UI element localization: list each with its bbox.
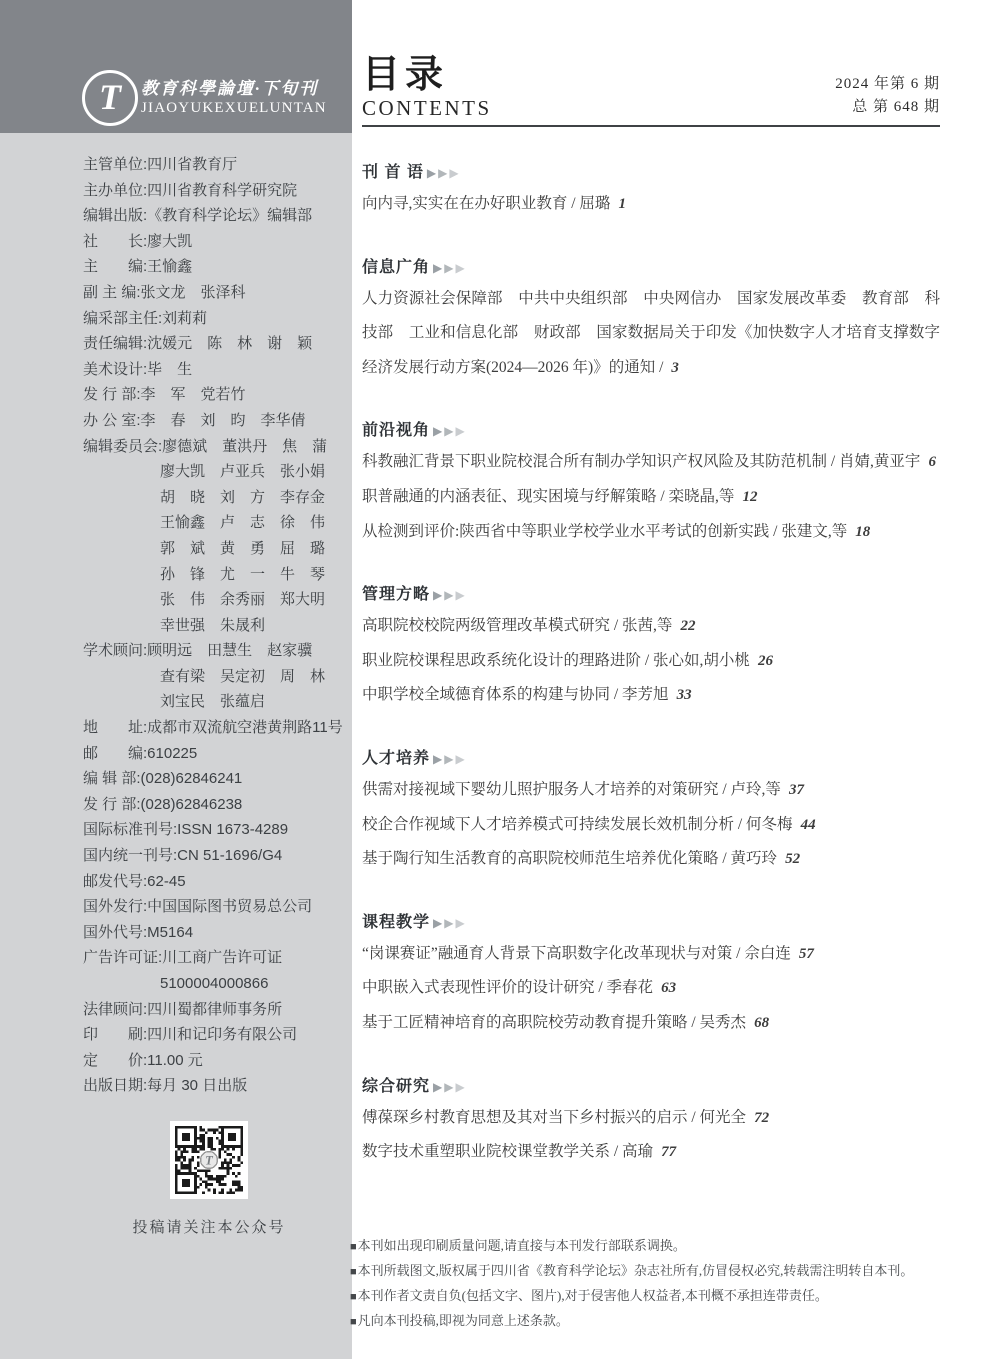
article-page: 6 bbox=[928, 454, 936, 470]
article-list: “岗课赛证”融通育人背景下高职数字化改革现状与对策 / 佘白连57 中职嵌入式表… bbox=[362, 937, 940, 1041]
legal-note-line: ■本刊作者文责自负(包括文字、图片),对于侵害他人权益者,本刊概不承担连带责任。 bbox=[350, 1284, 956, 1309]
toc-article: 职普融通的内涵表征、现实困境与纾解策略 / 栾晓晶,等12 bbox=[362, 480, 940, 515]
journal-name-cn: 教育科學論壇·下旬刊 bbox=[141, 79, 327, 99]
masthead-value: 四川和记印务有限公司 bbox=[147, 1026, 297, 1043]
toc-article: 中职嵌入式表现性评价的设计研究 / 季春花63 bbox=[362, 971, 940, 1006]
article-page: 26 bbox=[758, 653, 773, 669]
toc-title-cn: 目录 bbox=[362, 55, 492, 95]
masthead-row: 邮 编:610225 bbox=[83, 741, 352, 767]
issue-info: 2024 年第 6 期 总 第 648 期 bbox=[835, 73, 940, 121]
masthead-label: 发 行 部: bbox=[83, 796, 141, 813]
masthead-label: 办 公 室: bbox=[83, 412, 141, 429]
masthead-label: 学术顾问: bbox=[83, 642, 147, 659]
toc-article: 从检测到评价:陕西省中等职业学校学业水平考试的创新实践 / 张建文,等18 bbox=[362, 515, 940, 550]
article-page: 18 bbox=[855, 524, 870, 540]
masthead-row: 国外代号:M5164 bbox=[83, 920, 352, 946]
masthead-row: 编辑出版:《教育科学论坛》编辑部 bbox=[83, 203, 352, 229]
qr-code: T bbox=[175, 1126, 243, 1194]
triangle-arrows-icon: ▶▶▶ bbox=[433, 589, 467, 601]
masthead-value: 张 伟 余秀丽 郑大明 bbox=[160, 591, 325, 608]
toc-article: 职业院校课程思政系统化设计的理路进阶 / 张心如,胡小桃26 bbox=[362, 644, 940, 679]
masthead-value: 中国国际图书贸易总公司 bbox=[147, 898, 312, 915]
masthead-label: 责任编辑: bbox=[83, 335, 147, 352]
toc-section-kechengjiaoxue: 课程教学 ▶▶▶ “岗课赛证”融通育人背景下高职数字化改革现状与对策 / 佘白连… bbox=[362, 913, 940, 1041]
article-page: 77 bbox=[661, 1144, 676, 1160]
masthead-value: 四川省教育科学研究院 bbox=[147, 182, 297, 199]
masthead-row: 廖大凯 卢亚兵 张小娟 bbox=[83, 459, 352, 485]
masthead-row: 5100004000866 bbox=[83, 971, 352, 997]
masthead-label: 国外发行: bbox=[83, 898, 147, 915]
article-text: 人力资源社会保障部 中共中央组织部 中央网信办 国家发展改革委 教育部 科技部 … bbox=[362, 290, 940, 376]
square-bullet-icon: ■ bbox=[350, 1316, 357, 1328]
masthead-value: 廖大凯 卢亚兵 张小娟 bbox=[160, 463, 325, 480]
masthead-value: 王愉鑫 卢 志 徐 伟 bbox=[160, 514, 325, 531]
masthead-value: 廖德斌 董洪丹 焦 蒲 bbox=[162, 438, 327, 455]
triangle-arrows-icon: ▶▶▶ bbox=[433, 262, 467, 274]
square-bullet-icon: ■ bbox=[350, 1266, 357, 1278]
article-page: 57 bbox=[799, 946, 814, 962]
square-bullet-icon: ■ bbox=[350, 1291, 357, 1303]
toc-section-zonghyanjiu: 综合研究 ▶▶▶ 傅葆琛乡村教育思想及其对当下乡村振兴的启示 / 何光全72 数… bbox=[362, 1077, 940, 1170]
article-text: 供需对接视域下婴幼儿照护服务人才培养的对策研究 / 卢玲,等 bbox=[362, 781, 781, 798]
masthead-row: 国内统一刊号:CN 51-1696/G4 bbox=[83, 843, 352, 869]
masthead-row: 发 行 部:李 军 党若竹 bbox=[83, 382, 352, 408]
masthead-row: 张 伟 余秀丽 郑大明 bbox=[83, 587, 352, 613]
toc-article: 向内寻,实实在在办好职业教育 / 屈璐1 bbox=[362, 187, 940, 222]
article-text: 中职学校全域德育体系的构建与协同 / 李芳旭 bbox=[362, 686, 669, 703]
masthead-row: 印 刷:四川和记印务有限公司 bbox=[83, 1022, 352, 1048]
masthead-value: 川工商广告许可证 bbox=[162, 949, 282, 966]
toc-section-kanshouyu: 刊 首 语 ▶▶▶ 向内寻,实实在在办好职业教育 / 屈璐1 bbox=[362, 163, 940, 222]
masthead-row: 责任编辑:沈媛元 陈 林 谢 颖 bbox=[83, 331, 352, 357]
masthead-row: 编辑委员会:廖德斌 董洪丹 焦 蒲 bbox=[83, 434, 352, 460]
section-title: 刊 首 语 ▶▶▶ bbox=[362, 163, 940, 183]
masthead-row: 主办单位:四川省教育科学研究院 bbox=[83, 178, 352, 204]
article-page: 1 bbox=[618, 196, 626, 212]
journal-toc-page: { "logo": { "glyph": "T", "name_cn": "教育… bbox=[0, 0, 1000, 1367]
toc-content: 目录 CONTENTS 2024 年第 6 期 总 第 648 期 刊 首 语 … bbox=[362, 55, 940, 1170]
masthead-row: 广告许可证:川工商广告许可证 bbox=[83, 945, 352, 971]
masthead-label: 编辑委员会: bbox=[83, 438, 162, 455]
note-text: 本刊作者文责自负(包括文字、图片),对于侵害他人权益者,本刊概不承担连带责任。 bbox=[358, 1288, 828, 1303]
masthead-value: 610225 bbox=[147, 745, 197, 762]
article-page: 3 bbox=[671, 360, 679, 376]
article-text: 科教融汇背景下职业院校混合所有制办学知识产权风险及其防范机制 / 肖婧,黄亚宇 bbox=[362, 453, 920, 470]
masthead-value: (028)62846241 bbox=[141, 770, 243, 787]
section-title: 信息广角 ▶▶▶ bbox=[362, 258, 940, 278]
article-page: 68 bbox=[754, 1015, 769, 1031]
masthead-row: 幸世强 朱晟利 bbox=[83, 613, 352, 639]
legal-note-line: ■本刊如出现印刷质量问题,请直接与本刊发行部联系调换。 bbox=[350, 1234, 956, 1259]
masthead-row: 主管单位:四川省教育厅 bbox=[83, 152, 352, 178]
masthead-value: 幸世强 朱晟利 bbox=[160, 617, 265, 634]
masthead-value: 胡 晓 刘 方 李存金 bbox=[160, 489, 325, 506]
masthead-label: 印 刷: bbox=[83, 1026, 147, 1043]
toc-header: 目录 CONTENTS 2024 年第 6 期 总 第 648 期 bbox=[362, 55, 940, 127]
masthead-row: 地 址:成都市双流航空港黄荆路11号 bbox=[83, 715, 352, 741]
masthead-label: 出版日期: bbox=[83, 1077, 147, 1094]
masthead-row: 定 价:11.00 元 bbox=[83, 1048, 352, 1074]
masthead-label: 编辑出版: bbox=[83, 207, 147, 224]
masthead-row: 胡 晓 刘 方 李存金 bbox=[83, 485, 352, 511]
masthead-row: 国际标准刊号:ISSN 1673-4289 bbox=[83, 817, 352, 843]
masthead-label: 地 址: bbox=[83, 719, 147, 736]
masthead-label: 邮发代号: bbox=[83, 873, 147, 890]
masthead-value: CN 51-1696/G4 bbox=[177, 847, 282, 864]
masthead-label: 广告许可证: bbox=[83, 949, 162, 966]
article-page: 37 bbox=[789, 782, 804, 798]
toc-article: 人力资源社会保障部 中共中央组织部 中央网信办 国家发展改革委 教育部 科技部 … bbox=[362, 282, 940, 386]
article-text: 校企合作视域下人才培养模式可持续发展长效机制分析 / 何冬梅 bbox=[362, 816, 793, 833]
article-list: 人力资源社会保障部 中共中央组织部 中央网信办 国家发展改革委 教育部 科技部 … bbox=[362, 282, 940, 386]
toc-article: “岗课赛证”融通育人背景下高职数字化改革现状与对策 / 佘白连57 bbox=[362, 937, 940, 972]
masthead-value: 查有梁 吴定初 周 林 bbox=[160, 668, 325, 685]
journal-name-pinyin: JIAOYUKEXUELUNTAN bbox=[141, 99, 327, 117]
triangle-arrows-icon: ▶▶▶ bbox=[433, 753, 467, 765]
section-title: 前沿视角 ▶▶▶ bbox=[362, 421, 940, 441]
masthead-label: 主管单位: bbox=[83, 156, 147, 173]
toc-article: 基于陶行知生活教育的高职院校师范生培养优化策略 / 黄巧玲52 bbox=[362, 842, 940, 877]
legal-note-line: ■凡向本刊投稿,即视为同意上述条款。 bbox=[350, 1309, 956, 1334]
toc-article: 中职学校全域德育体系的构建与协同 / 李芳旭33 bbox=[362, 678, 940, 713]
article-page: 33 bbox=[677, 687, 692, 703]
toc-article: 高职院校校院两级管理改革模式研究 / 张茜,等22 bbox=[362, 609, 940, 644]
masthead-value: 孙 锋 尤 一 牛 琴 bbox=[160, 566, 325, 583]
issue-line1: 2024 年第 6 期 bbox=[835, 73, 940, 96]
triangle-arrows-icon: ▶▶▶ bbox=[433, 917, 467, 929]
masthead-label: 国际标准刊号: bbox=[83, 821, 177, 838]
triangle-arrows-icon: ▶▶▶ bbox=[433, 425, 467, 437]
masthead-row: 主 编:王愉鑫 bbox=[83, 254, 352, 280]
article-page: 22 bbox=[680, 618, 695, 634]
issue-line2: 总 第 648 期 bbox=[835, 96, 940, 119]
masthead-label: 主 编: bbox=[83, 258, 147, 275]
article-list: 供需对接视域下婴幼儿照护服务人才培养的对策研究 / 卢玲,等37 校企合作视域下… bbox=[362, 773, 940, 877]
section-title: 综合研究 ▶▶▶ bbox=[362, 1077, 940, 1097]
masthead-value: 顾明远 田慧生 赵家骥 bbox=[147, 642, 312, 659]
article-text: 基于工匠精神培育的高职院校劳动教育提升策略 / 吴秀杰 bbox=[362, 1014, 746, 1031]
journal-logo: T 教育科學論壇·下旬刊 JIAOYUKEXUELUNTAN bbox=[82, 70, 327, 126]
article-page: 44 bbox=[801, 817, 816, 833]
qr-frame: T bbox=[170, 1121, 248, 1199]
toc-section-qianyanshijiao: 前沿视角 ▶▶▶ 科教融汇背景下职业院校混合所有制办学知识产权风险及其防范机制 … bbox=[362, 421, 940, 549]
note-text: 本刊所载图文,版权属于四川省《教育科学论坛》杂志社所有,仿冒侵权必究,转载需注明… bbox=[358, 1263, 914, 1278]
masthead-row: 发 行 部:(028)62846238 bbox=[83, 792, 352, 818]
triangle-arrows-icon: ▶▶▶ bbox=[427, 167, 461, 179]
masthead-row: 学术顾问:顾明远 田慧生 赵家骥 bbox=[83, 638, 352, 664]
article-page: 12 bbox=[742, 489, 757, 505]
article-list: 科教融汇背景下职业院校混合所有制办学知识产权风险及其防范机制 / 肖婧,黄亚宇6… bbox=[362, 445, 940, 549]
masthead-value: ISSN 1673-4289 bbox=[177, 821, 288, 838]
masthead-label: 法律顾问: bbox=[83, 1001, 147, 1018]
article-text: 从检测到评价:陕西省中等职业学校学业水平考试的创新实践 / 张建文,等 bbox=[362, 523, 847, 540]
article-text: 向内寻,实实在在办好职业教育 / 屈璐 bbox=[362, 195, 610, 212]
masthead-value: 王愉鑫 bbox=[147, 258, 192, 275]
masthead-value: 毕 生 bbox=[147, 361, 192, 378]
masthead-row: 美术设计:毕 生 bbox=[83, 357, 352, 383]
article-list: 高职院校校院两级管理改革模式研究 / 张茜,等22 职业院校课程思政系统化设计的… bbox=[362, 609, 940, 713]
masthead-label: 邮 编: bbox=[83, 745, 147, 762]
masthead-label: 副 主 编: bbox=[83, 284, 141, 301]
masthead-row: 副 主 编:张文龙 张泽科 bbox=[83, 280, 352, 306]
masthead-label: 社 长: bbox=[83, 233, 147, 250]
toc-section-rencaipeiyang: 人才培养 ▶▶▶ 供需对接视域下婴幼儿照护服务人才培养的对策研究 / 卢玲,等3… bbox=[362, 749, 940, 877]
square-bullet-icon: ■ bbox=[350, 1241, 357, 1253]
article-page: 63 bbox=[661, 980, 676, 996]
masthead-label: 国外代号: bbox=[83, 924, 147, 941]
section-title: 课程教学 ▶▶▶ bbox=[362, 913, 940, 933]
masthead-label: 发 行 部: bbox=[83, 386, 141, 403]
legal-note-line: ■本刊所载图文,版权属于四川省《教育科学论坛》杂志社所有,仿冒侵权必究,转载需注… bbox=[350, 1259, 956, 1284]
toc-article: 基于工匠精神培育的高职院校劳动教育提升策略 / 吴秀杰68 bbox=[362, 1006, 940, 1041]
section-title: 管理方略 ▶▶▶ bbox=[362, 585, 940, 605]
masthead-value: 11.00 元 bbox=[147, 1052, 203, 1069]
article-text: “岗课赛证”融通育人背景下高职数字化改革现状与对策 / 佘白连 bbox=[362, 945, 791, 962]
masthead-row: 刘宝民 张蕴启 bbox=[83, 689, 352, 715]
masthead-label: 国内统一刊号: bbox=[83, 847, 177, 864]
masthead-row: 查有梁 吴定初 周 林 bbox=[83, 664, 352, 690]
masthead-value: 5100004000866 bbox=[160, 975, 268, 992]
article-text: 高职院校校院两级管理改革模式研究 / 张茜,等 bbox=[362, 617, 672, 634]
masthead-row: 孙 锋 尤 一 牛 琴 bbox=[83, 562, 352, 588]
masthead-value: 李 军 党若竹 bbox=[141, 386, 246, 403]
toc-section-xinxiguangjiao: 信息广角 ▶▶▶ 人力资源社会保障部 中共中央组织部 中央网信办 国家发展改革委… bbox=[362, 258, 940, 386]
note-text: 本刊如出现印刷质量问题,请直接与本刊发行部联系调换。 bbox=[358, 1238, 686, 1253]
masthead-label: 主办单位: bbox=[83, 182, 147, 199]
article-list: 向内寻,实实在在办好职业教育 / 屈璐1 bbox=[362, 187, 940, 222]
toc-article: 供需对接视域下婴幼儿照护服务人才培养的对策研究 / 卢玲,等37 bbox=[362, 773, 940, 808]
masthead-row: 郭 斌 黄 勇 屈 璐 bbox=[83, 536, 352, 562]
article-text: 傅葆琛乡村教育思想及其对当下乡村振兴的启示 / 何光全 bbox=[362, 1109, 746, 1126]
masthead-row: 社 长:廖大凯 bbox=[83, 229, 352, 255]
qr-block: T 投稿请关注本公众号 bbox=[33, 1121, 385, 1237]
toc-title-en: CONTENTS bbox=[362, 95, 492, 121]
masthead-value: 廖大凯 bbox=[147, 233, 192, 250]
article-text: 基于陶行知生活教育的高职院校师范生培养优化策略 / 黄巧玲 bbox=[362, 850, 777, 867]
masthead-value: 沈媛元 陈 林 谢 颖 bbox=[147, 335, 312, 352]
masthead-label: 编采部主任: bbox=[83, 310, 162, 327]
masthead-value: (028)62846238 bbox=[141, 796, 243, 813]
masthead-label: 编 辑 部: bbox=[83, 770, 141, 787]
article-text: 中职嵌入式表现性评价的设计研究 / 季春花 bbox=[362, 979, 653, 996]
article-page: 72 bbox=[754, 1110, 769, 1126]
masthead-value: 四川省教育厅 bbox=[147, 156, 237, 173]
qr-caption: 投稿请关注本公众号 bbox=[33, 1216, 385, 1237]
masthead-row: 编采部主任:刘莉莉 bbox=[83, 306, 352, 332]
article-text: 职业院校课程思政系统化设计的理路进阶 / 张心如,胡小桃 bbox=[362, 652, 750, 669]
masthead-row: 邮发代号:62-45 bbox=[83, 869, 352, 895]
article-text: 数字技术重塑职业院校课堂教学关系 / 高瑜 bbox=[362, 1143, 653, 1160]
masthead-row: 王愉鑫 卢 志 徐 伟 bbox=[83, 510, 352, 536]
masthead-value: 四川蜀都律师事务所 bbox=[147, 1001, 282, 1018]
toc-section-guanlifanglue: 管理方略 ▶▶▶ 高职院校校院两级管理改革模式研究 / 张茜,等22 职业院校课… bbox=[362, 585, 940, 713]
masthead-value: 刘宝民 张蕴启 bbox=[160, 693, 265, 710]
masthead-band: T 教育科學論壇·下旬刊 JIAOYUKEXUELUNTAN bbox=[0, 0, 352, 133]
masthead-row: 法律顾问:四川蜀都律师事务所 bbox=[83, 997, 352, 1023]
masthead-value: 成都市双流航空港黄荆路11号 bbox=[147, 719, 343, 736]
masthead-row: 国外发行:中国国际图书贸易总公司 bbox=[83, 894, 352, 920]
toc-article: 校企合作视域下人才培养模式可持续发展长效机制分析 / 何冬梅44 bbox=[362, 808, 940, 843]
masthead-value: 62-45 bbox=[147, 873, 185, 890]
article-text: 职普融通的内涵表征、现实困境与纾解策略 / 栾晓晶,等 bbox=[362, 488, 734, 505]
masthead-value: 李 春 刘 昀 李华倩 bbox=[141, 412, 306, 429]
article-list: 傅葆琛乡村教育思想及其对当下乡村振兴的启示 / 何光全72 数字技术重塑职业院校… bbox=[362, 1101, 940, 1170]
article-page: 52 bbox=[785, 851, 800, 867]
masthead-label: 定 价: bbox=[83, 1052, 147, 1069]
logo-t-glyph: T bbox=[99, 79, 121, 115]
masthead-value: 张文龙 张泽科 bbox=[141, 284, 246, 301]
triangle-arrows-icon: ▶▶▶ bbox=[433, 1081, 467, 1093]
toc-article: 数字技术重塑职业院校课堂教学关系 / 高瑜77 bbox=[362, 1135, 940, 1170]
note-text: 凡向本刊投稿,即视为同意上述条款。 bbox=[358, 1313, 569, 1328]
logo-circle-icon: T bbox=[82, 70, 138, 126]
masthead-value: M5164 bbox=[147, 924, 193, 941]
masthead-value: 刘莉莉 bbox=[162, 310, 207, 327]
masthead-value: 郭 斌 黄 勇 屈 璐 bbox=[160, 540, 325, 557]
masthead-value: 《教育科学论坛》编辑部 bbox=[147, 207, 312, 224]
legal-notes: ■本刊如出现印刷质量问题,请直接与本刊发行部联系调换。 ■本刊所载图文,版权属于… bbox=[350, 1234, 956, 1334]
section-title: 人才培养 ▶▶▶ bbox=[362, 749, 940, 769]
toc-article: 傅葆琛乡村教育思想及其对当下乡村振兴的启示 / 何光全72 bbox=[362, 1101, 940, 1136]
masthead-value: 每月 30 日出版 bbox=[147, 1077, 247, 1094]
masthead-row: 编 辑 部:(028)62846241 bbox=[83, 766, 352, 792]
masthead-info: 主管单位:四川省教育厅 主办单位:四川省教育科学研究院 编辑出版:《教育科学论坛… bbox=[0, 133, 352, 1099]
masthead-label: 美术设计: bbox=[83, 361, 147, 378]
masthead-row: 出版日期:每月 30 日出版 bbox=[83, 1073, 352, 1099]
toc-article: 科教融汇背景下职业院校混合所有制办学知识产权风险及其防范机制 / 肖婧,黄亚宇6 bbox=[362, 445, 940, 480]
masthead-row: 办 公 室:李 春 刘 昀 李华倩 bbox=[83, 408, 352, 434]
